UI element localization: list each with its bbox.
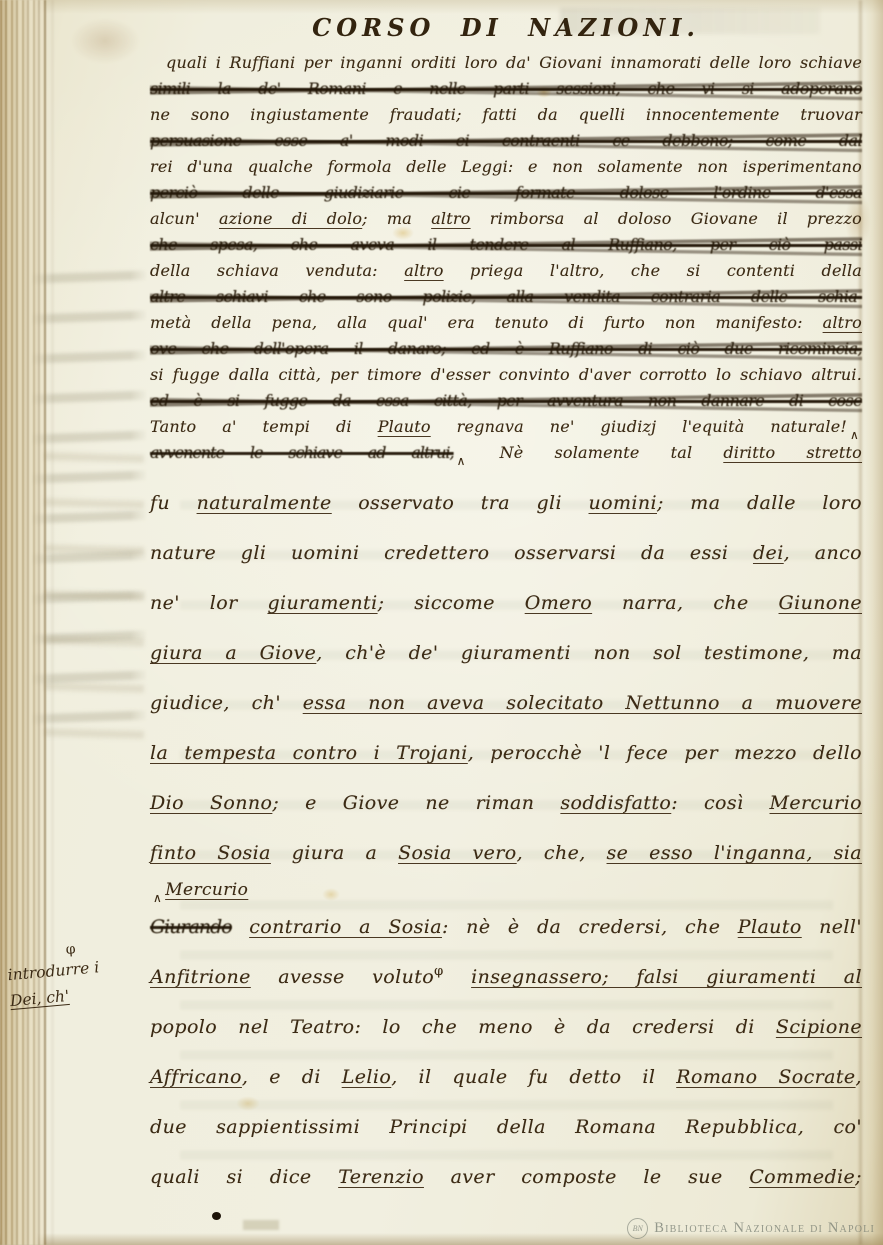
manuscript-line: ne sono ingiustamente fraudati; fatti da… (150, 102, 862, 128)
text-segment: rimborsa al doloso Giovane il prezzo (471, 209, 862, 228)
text-segment: altro (823, 313, 862, 332)
manuscript-line: avvenente le schiave ad altrui,∧ Nè sola… (150, 440, 862, 466)
manuscript-line: Affricano, e di Lelio, il quale fu detto… (150, 1052, 862, 1102)
text-segment: priega l'altro, che si contenti della (444, 261, 862, 280)
ink-blot (212, 1212, 221, 1220)
text-segment (232, 916, 249, 938)
text-segment: nell' (802, 916, 862, 938)
manuscript-line: rei d'una qualche formola delle Leggi: e… (150, 154, 862, 180)
text-segment: fu (150, 492, 197, 514)
text-segment: la tempesta contro i Trojani (150, 742, 468, 764)
text-segment: giudice, ch' (150, 692, 303, 714)
manuscript-line: della schiava venduta: altro priega l'al… (150, 258, 862, 284)
text-segment: azione di dolo (219, 209, 362, 228)
manuscript-line: nature gli uomini credettero osservarsi … (150, 528, 862, 578)
text-segment: giura a Giove (150, 642, 316, 664)
text-segment: : così (671, 792, 769, 814)
manuscript-line: Tanto a' tempi di Plauto regnava ne' giu… (150, 414, 862, 440)
manuscript-line: ove che dell'opera il danaro; ed è Ruffi… (150, 336, 862, 362)
text-segment: giuramenti (267, 592, 377, 614)
margin-note-line: introdurre i (7, 958, 100, 984)
text-segment: Plauto (378, 417, 431, 436)
text-segment: altro (404, 261, 443, 280)
page-title: CORSO DI NAZIONI. (150, 13, 862, 42)
text-segment: ; (855, 1166, 862, 1188)
manuscript-line: finto Sosia giura a Sosia vero, che, se … (150, 828, 862, 878)
margin-note: φ introdurre i Dei, ch' (5, 936, 152, 1014)
text-segment: ove che dell'opera il danaro; ed è Ruffi… (150, 339, 862, 358)
manuscript-line: simili la de' Romani e nelle parti sessi… (150, 76, 862, 102)
text-segment: essa non aveva solecitato Nettunno a muo… (303, 692, 862, 714)
library-logo-icon: BN (627, 1218, 648, 1239)
binding-edge (0, 0, 46, 1245)
text-segment (444, 966, 471, 988)
text-segment: perciò delle giudiziarie cie formate dol… (150, 183, 862, 202)
manuscript-line: Giurando contrario a Sosia: nè è da cred… (150, 902, 862, 952)
right-page-edge (863, 0, 883, 1245)
text-segment: Omero (525, 592, 592, 614)
text-segment: giura a (271, 842, 398, 864)
text-segment: Mercurio (165, 880, 248, 900)
text-segment: insegnassero; falsi giuramenti al (471, 966, 862, 988)
manuscript-line: si fugge dalla città, per timore d'esser… (150, 362, 862, 388)
text-segment: avesse voluto (251, 966, 434, 988)
text-segment: , ch'è de' giuramenti non sol testimone,… (316, 642, 862, 664)
text-segment: ; siccome (378, 592, 525, 614)
text-segment: , che, (517, 842, 607, 864)
text-segment: dei (753, 542, 784, 564)
graphite-smudge (243, 1220, 279, 1230)
manuscript-line: alcun' azione di dolo; ma altro rimborsa… (150, 206, 862, 232)
manuscript-line: metà della pena, alla qual' era tenuto d… (150, 310, 862, 336)
text-segment: regnava ne' giudizj l'equità naturale! (431, 417, 847, 436)
text-segment: altre schiavi che sono polizie, alla ven… (150, 287, 862, 306)
manuscript-line: persuasione esse a' modi ei contraenti c… (150, 128, 862, 154)
text-segment: della schiava venduta: (150, 261, 404, 280)
library-name: Biblioteca Nazionale di Napoli (654, 1220, 875, 1237)
text-segment: , (856, 1066, 862, 1088)
text-segment: naturalmente (197, 492, 332, 514)
text-segment: simili la de' Romani e nelle parti sessi… (150, 79, 862, 98)
page-fold-line-inner (52, 0, 53, 1245)
text-segment: rei d'una qualche formola delle Leggi: e… (150, 157, 862, 176)
text-segment: Plauto (738, 916, 802, 938)
text-segment: Giunone (779, 592, 862, 614)
text-segment: Dio Sonno (150, 792, 272, 814)
text-segment: , il quale fu detto il (391, 1066, 676, 1088)
text-segment: popolo nel Teatro: lo che meno è da cred… (150, 1016, 776, 1038)
text-segment: Commedie (749, 1166, 855, 1188)
text-segment: metà della pena, alla qual' era tenuto d… (150, 313, 823, 332)
text-segment: soddisfatto (560, 792, 671, 814)
text-segment: ed è si fugge da essa città, per avventu… (150, 391, 862, 410)
manuscript-line: due sappientissimi Principi della Romana… (150, 1102, 862, 1152)
text-segment: Sosia vero (398, 842, 517, 864)
text-segment: nature gli uomini credettero osservarsi … (150, 542, 753, 564)
manuscript-line: ne' lor giuramenti; siccome Omero narra,… (150, 578, 862, 628)
manuscript-line: Anfitrione avesse volutoφ insegnassero; … (150, 952, 862, 1002)
text-segment: finto Sosia (150, 842, 271, 864)
text-segment: Nè solamente tal (469, 443, 724, 462)
text-segment: ; ma (362, 209, 431, 228)
manuscript-line: perciò delle giudiziarie cie formate dol… (150, 180, 862, 206)
text-segment: , perocchè 'l fece per mezzo dello (468, 742, 862, 764)
text-segment: due sappientissimi Principi della Romana… (150, 1116, 862, 1138)
text-segment: Mercurio (770, 792, 862, 814)
text-segment: narra, che (592, 592, 778, 614)
insertion-caret: ∧ (454, 454, 469, 468)
text-segment: osservato tra gli (332, 492, 589, 514)
library-watermark: BN Biblioteca Nazionale di Napoli (627, 1218, 875, 1239)
text-segment: alcun' (150, 209, 219, 228)
text-segment: quali i Ruffiani per inganni orditi loro… (166, 53, 862, 72)
text-segment: ; ma dalle loro (657, 492, 862, 514)
manuscript-line: giura a Giove, ch'è de' giuramenti non s… (150, 628, 862, 678)
text-segment: ne' lor (150, 592, 267, 614)
manuscript-line: la tempesta contro i Trojani, perocchè '… (150, 728, 862, 778)
manuscript-line: fu naturalmente osservato tra gli uomini… (150, 478, 862, 528)
manuscript-line: popolo nel Teatro: lo che meno è da cred… (150, 1002, 862, 1052)
text-segment: si fugge dalla città, per timore d'esser… (150, 365, 862, 384)
insertion-mark: φ (434, 964, 444, 979)
text-segment: Terenzio (338, 1166, 424, 1188)
manuscript-line: giudice, ch' essa non aveva solecitato N… (150, 678, 862, 728)
text-segment: Affricano (150, 1066, 242, 1088)
manuscript-line: ∧Mercurio (150, 878, 862, 902)
text-segment: Tanto a' tempi di (150, 417, 378, 436)
text-segment: ne sono ingiustamente fraudati; fatti da… (150, 105, 862, 124)
text-segment: contrario a Sosia (249, 916, 442, 938)
text-segment: avvenente le schiave ad altrui, (150, 443, 454, 462)
page-fold-line (44, 0, 46, 1245)
text-segment: Lelio (342, 1066, 391, 1088)
text-segment: uomini (589, 492, 657, 514)
manuscript-line: quali si dice Terenzio aver composte le … (150, 1152, 862, 1202)
text-segment: : nè è da credersi, che (442, 916, 738, 938)
text-segment: altro (431, 209, 470, 228)
manuscript-line: altre schiavi che sono polizie, alla ven… (150, 284, 862, 310)
insertion-caret: ∧ (847, 428, 862, 442)
text-segment: che spesa, che aveva il tendere al Ruffi… (150, 235, 862, 254)
text-segment: , anco (784, 542, 862, 564)
text-segment: persuasione esse a' modi ei contraenti c… (150, 131, 862, 150)
insertion-caret: ∧ (150, 891, 165, 905)
margin-note-line: Dei, ch' (9, 987, 70, 1010)
text-segment: Romano Socrate (676, 1066, 855, 1088)
manuscript-line: Dio Sonno; e Giove ne riman soddisfatto:… (150, 778, 862, 828)
text-segment: quali si dice (150, 1166, 338, 1188)
text-segment: se esso l'inganna, sia (607, 842, 862, 864)
text-segment: aver composte le sue (424, 1166, 749, 1188)
manuscript-line: quali i Ruffiani per inganni orditi loro… (150, 50, 862, 76)
text-segment: Scipione (776, 1016, 862, 1038)
text-segment: Giurando (150, 916, 232, 938)
manuscript-line: ed è si fugge da essa città, per avventu… (150, 388, 862, 414)
page-top-shadow (0, 0, 883, 14)
text-segment: Anfitrione (150, 966, 251, 988)
text-segment: , e di (242, 1066, 342, 1088)
manuscript-line: che spesa, che aveva il tendere al Ruffi… (150, 232, 862, 258)
text-segment: ; e Giove ne riman (272, 792, 560, 814)
text-segment: diritto stretto (723, 443, 862, 462)
manuscript-body: quali i Ruffiani per inganni orditi loro… (150, 50, 862, 1202)
